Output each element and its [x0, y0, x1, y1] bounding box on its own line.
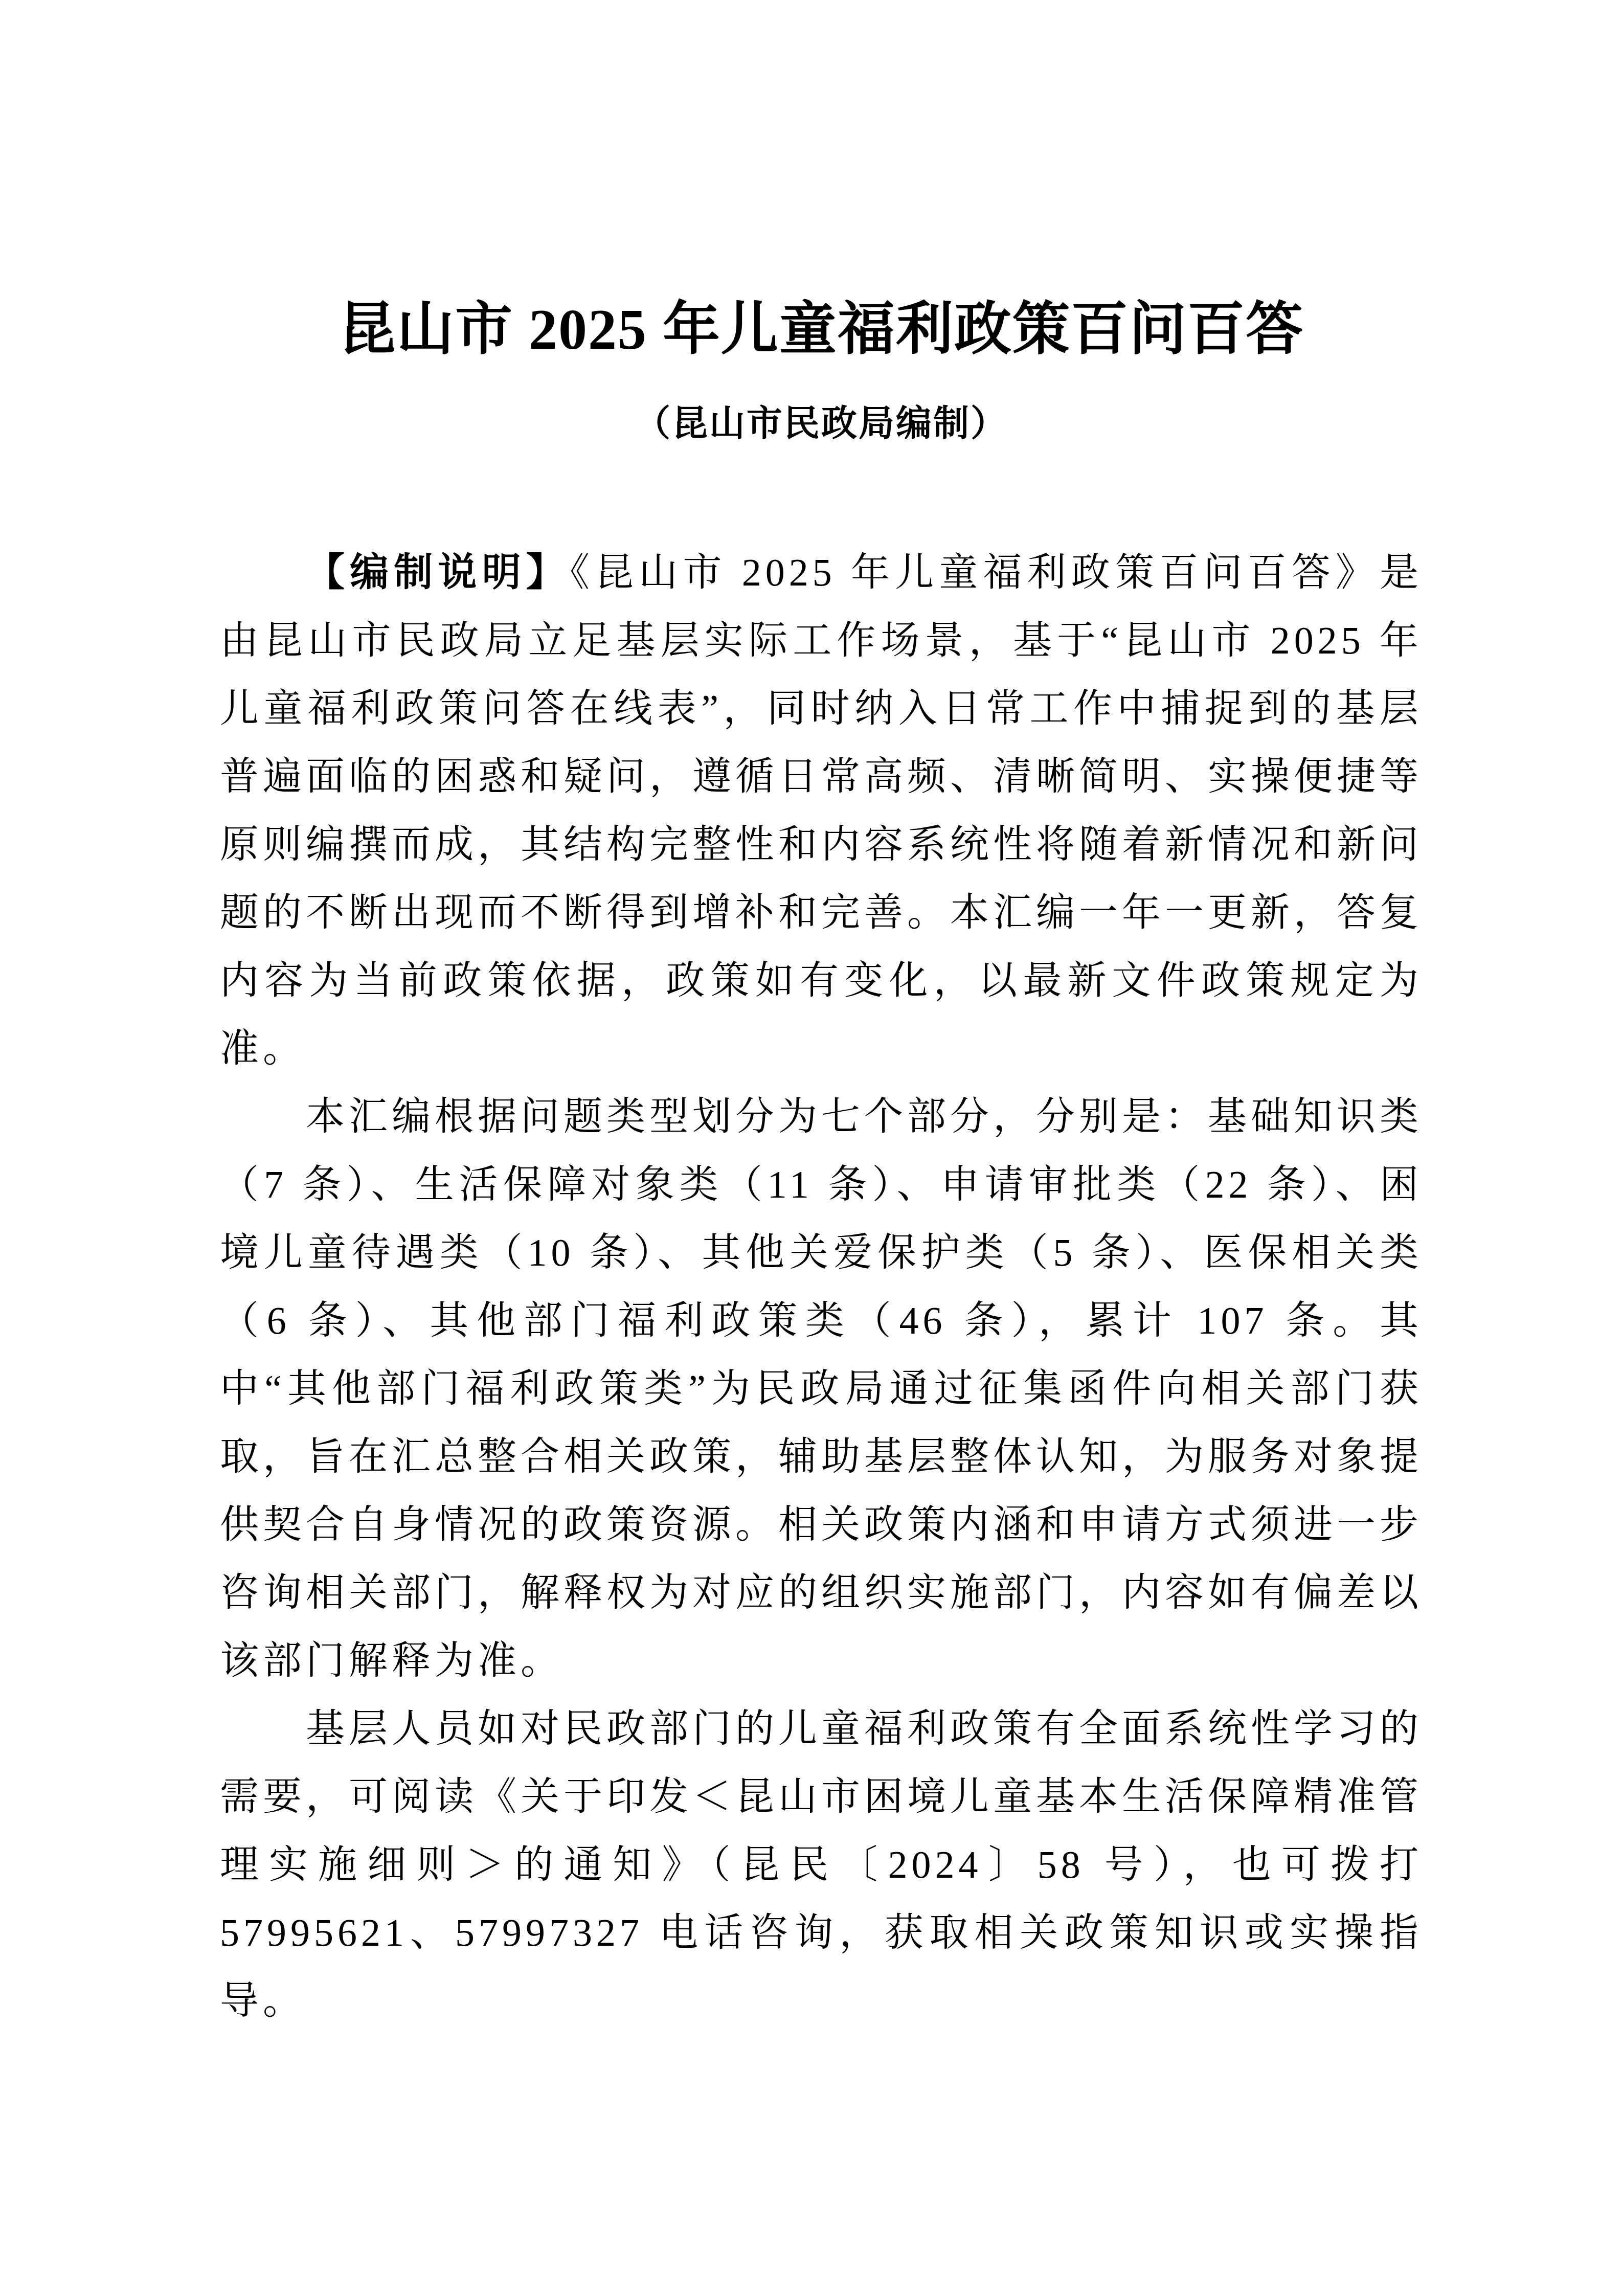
paragraph-further-learning: 基层人员如对民政部门的儿童福利政策有全面系统性学习的需要，可阅读《关于印发＜昆山…: [220, 1695, 1423, 2035]
paragraph-further-learning-text: 基层人员如对民政部门的儿童福利政策有全面系统性学习的需要，可阅读《关于印发＜昆山…: [220, 1707, 1423, 2022]
paragraph-compilation-note-lead: 【编制说明】: [306, 551, 570, 594]
paragraph-compilation-note: 【编制说明】《昆山市 2025 年儿童福利政策百问百答》是由昆山市民政局立足基层…: [220, 538, 1423, 1083]
document-page: 昆山市 2025 年儿童福利政策百问百答 （昆山市民政局编制） 【编制说明】《昆…: [0, 0, 1623, 2296]
paragraph-compilation-note-text: 《昆山市 2025 年儿童福利政策百问百答》是由昆山市民政局立足基层实际工作场景…: [220, 551, 1423, 1070]
document-body: 【编制说明】《昆山市 2025 年儿童福利政策百问百答》是由昆山市民政局立足基层…: [220, 538, 1423, 2035]
document-title: 昆山市 2025 年儿童福利政策百问百答: [220, 289, 1423, 371]
document-subtitle: （昆山市民政局编制）: [220, 394, 1423, 455]
paragraph-structure-overview: 本汇编根据问题类型划分为七个部分，分别是：基础知识类（7 条）、生活保障对象类（…: [220, 1083, 1423, 1695]
paragraph-structure-overview-text: 本汇编根据问题类型划分为七个部分，分别是：基础知识类（7 条）、生活保障对象类（…: [220, 1095, 1423, 1682]
